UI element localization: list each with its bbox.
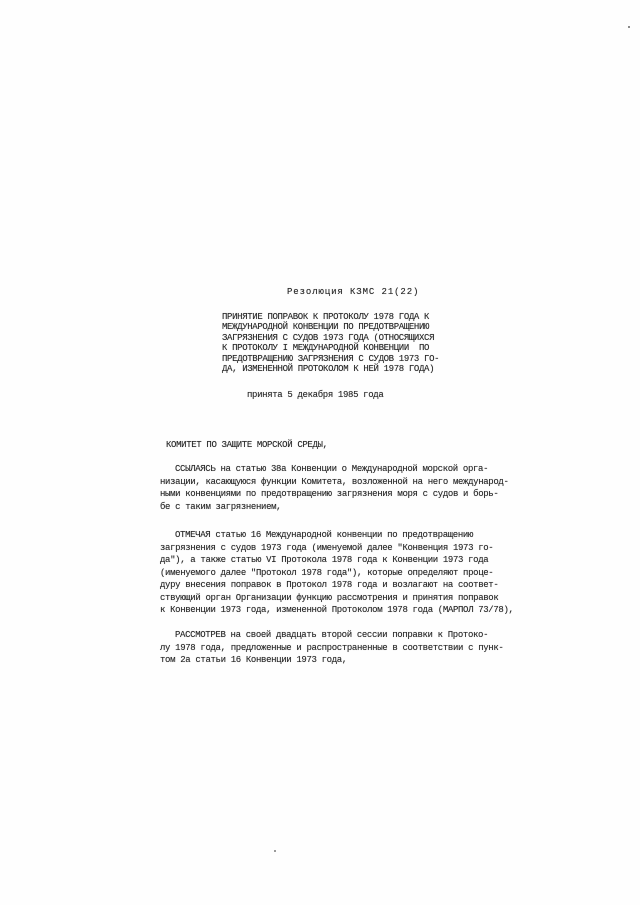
scan-speck-artifact	[628, 26, 630, 28]
adoption-date-line: принята 5 декабря 1985 года	[247, 389, 383, 402]
subject-heading-block: ПРИНЯТИЕ ПОПРАВОК К ПРОТОКОЛУ 1978 ГОДА …	[222, 312, 439, 374]
paragraph-line: РАССМОТРЕВ на своей двадцать второй сесс…	[160, 629, 503, 642]
heading-line: ДА, ИЗМЕНЕННОЙ ПРОТОКОЛОМ К НЕЙ 1978 ГОД…	[222, 364, 439, 374]
paragraph-line: ствующий орган Организации функцию рассм…	[160, 592, 514, 605]
paragraph-line: ОТМЕЧАЯ статью 16 Международной конвенци…	[160, 529, 514, 542]
paragraph-line: да"), а также статью VI Протокола 1978 г…	[160, 554, 514, 567]
paragraph-line: к Конвенции 1973 года, измененной Проток…	[160, 604, 514, 617]
heading-line: К ПРОТОКОЛУ I МЕЖДУНАРОДНОЙ КОНВЕНЦИИ ПО	[222, 343, 439, 353]
resolution-title: Резолюция КЗМС 21(22)	[287, 286, 419, 299]
scanned-document-page: Резолюция КЗМС 21(22) ПРИНЯТИЕ ПОПРАВОК …	[0, 0, 640, 905]
paragraph-line: низации, касающуюся функции Комитета, во…	[160, 476, 509, 489]
committee-opening-line: КОМИТЕТ ПО ЗАЩИТЕ МОРСКОЙ СРЕДЫ,	[166, 439, 328, 452]
heading-line: ЗАГРЯЗНЕНИЯ С СУДОВ 1973 ГОДА (ОТНОСЯЩИХ…	[222, 333, 439, 343]
heading-line: МЕЖДУНАРОДНОЙ КОНВЕНЦИИ ПО ПРЕДОТВРАЩЕНИ…	[222, 322, 439, 332]
paragraph-line: ными конвенциями по предотвращению загря…	[160, 488, 509, 501]
paragraph-line: (именуемого далее "Протокол 1978 года"),…	[160, 567, 514, 580]
paragraph-line: бе с таким загрязнением,	[160, 501, 509, 514]
paragraph-line: загрязнения с судов 1973 года (именуемой…	[160, 542, 514, 555]
paragraph-recalling: ССЫЛАЯСЬ на статью 38а Конвенции о Между…	[160, 463, 509, 513]
paragraph-having-considered: РАССМОТРЕВ на своей двадцать второй сесс…	[160, 629, 503, 667]
paragraph-line: ССЫЛАЯСЬ на статью 38а Конвенции о Между…	[160, 463, 509, 476]
paragraph-line: том 2а статьи 16 Конвенции 1973 года,	[160, 654, 503, 667]
heading-line: ПРЕДОТВРАЩЕНИЮ ЗАГРЯЗНЕНИЯ С СУДОВ 1973 …	[222, 354, 439, 364]
paragraph-line: лу 1978 года, предложенные и распростран…	[160, 642, 503, 655]
heading-line: ПРИНЯТИЕ ПОПРАВОК К ПРОТОКОЛУ 1978 ГОДА …	[222, 312, 439, 322]
paragraph-line: дуру внесения поправок в Протокол 1978 г…	[160, 579, 514, 592]
paragraph-noting: ОТМЕЧАЯ статью 16 Международной конвенци…	[160, 529, 514, 617]
scan-dot-artifact	[274, 850, 276, 852]
